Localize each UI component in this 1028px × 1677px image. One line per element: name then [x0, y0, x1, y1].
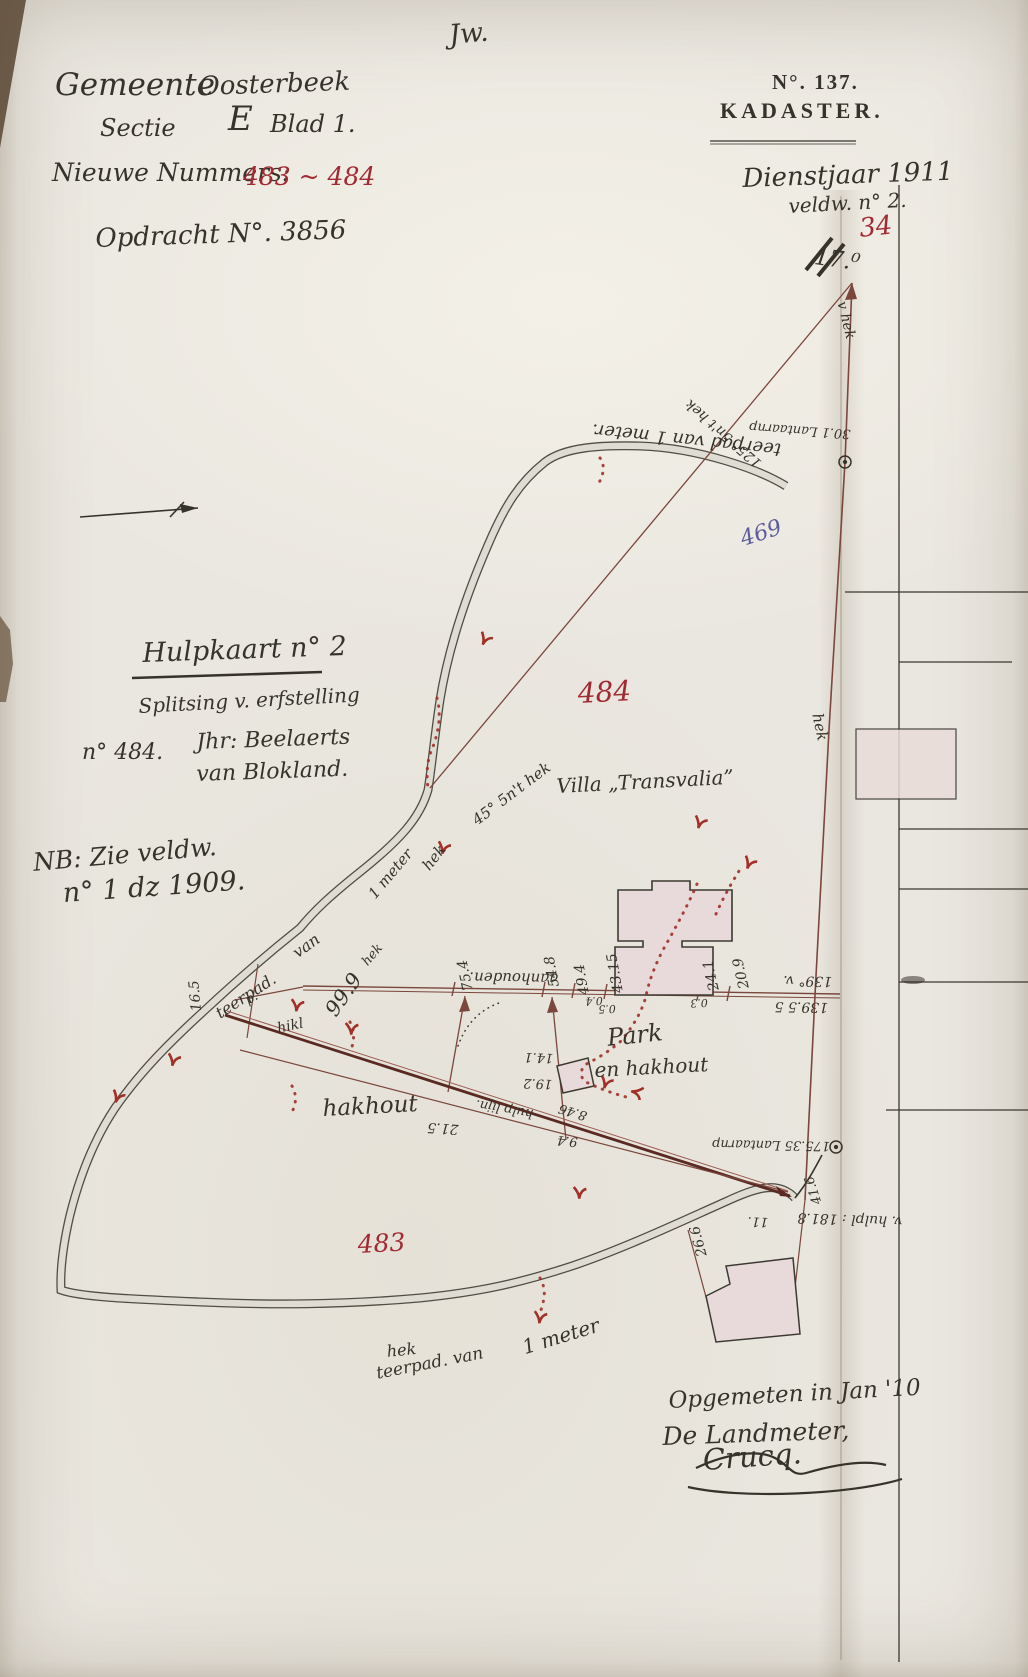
sectie-label: Sectie	[100, 116, 176, 140]
bottom-building	[706, 1258, 800, 1342]
aanhouden-note: aanhouden.	[469, 969, 558, 986]
nieuwe-nummers-value: 483 ~ 484	[243, 164, 375, 189]
direction-arrow	[80, 502, 198, 517]
hek-right-label: hek	[809, 712, 829, 742]
blad-value: Blad 1.	[270, 112, 356, 136]
kadaster-sheet: Jw. Gemeente Oosterbeek Sectie E Blad 1.…	[0, 0, 1028, 1677]
margin-grid	[841, 185, 1028, 1662]
measure-21-5: 21.5	[427, 1120, 459, 1136]
sectie-value: E	[228, 102, 253, 136]
park-label: Park	[606, 1020, 664, 1050]
measure-hulpl-181-8: v. hulpl : 181.8	[797, 1210, 902, 1228]
measure-19-2: 19.2	[523, 1076, 552, 1090]
measure-16-5: 16.5	[187, 980, 204, 1012]
survey-lines	[225, 238, 857, 1332]
scan-edge-artifact	[0, 616, 13, 702]
measure-139-5: 139.5 5	[775, 999, 829, 1014]
landmeter-signature: Crucq.	[702, 1439, 803, 1475]
scan-corner-artifact	[0, 0, 26, 148]
kadaster-number: N°. 137.	[772, 72, 859, 93]
page-number: 34	[858, 213, 894, 242]
measure-139-v: 139° v.	[783, 973, 832, 988]
hulpkaart-title: Hulpkaart n° 2	[142, 633, 347, 667]
measure-11: 11.	[747, 1214, 768, 1228]
kadaster-title: KADASTER.	[720, 100, 884, 122]
hakhout-label: hakhout	[322, 1093, 418, 1121]
owner-name-1: Jhr: Beelaerts	[196, 727, 351, 754]
park-label-2: en hakhout	[594, 1054, 709, 1080]
parcel-484: 484	[577, 677, 632, 708]
corner-mark: Jw.	[448, 19, 490, 49]
measure-0-5: 0.5	[598, 1003, 616, 1015]
measure-9-4: 9.4	[556, 1133, 578, 1148]
gemeente-label: Gemeente	[55, 70, 215, 101]
measure-0-3: 0.3	[690, 997, 708, 1009]
measure-14-1: 14.1	[524, 1050, 553, 1064]
parcel-number-note: n° 484.	[82, 742, 163, 764]
lamppost-bottom-label: 175.35 Lantaarnp	[712, 1137, 830, 1152]
gemeente-value: Oosterbeek	[198, 69, 351, 100]
apex-distance: 17.⁰	[813, 246, 862, 275]
ink-smudge	[901, 976, 925, 984]
parcel-483: 483	[357, 1230, 406, 1257]
owner-name-2: van Blokland.	[196, 759, 349, 786]
dienstjaar: Dienstjaar 1911	[742, 159, 954, 192]
